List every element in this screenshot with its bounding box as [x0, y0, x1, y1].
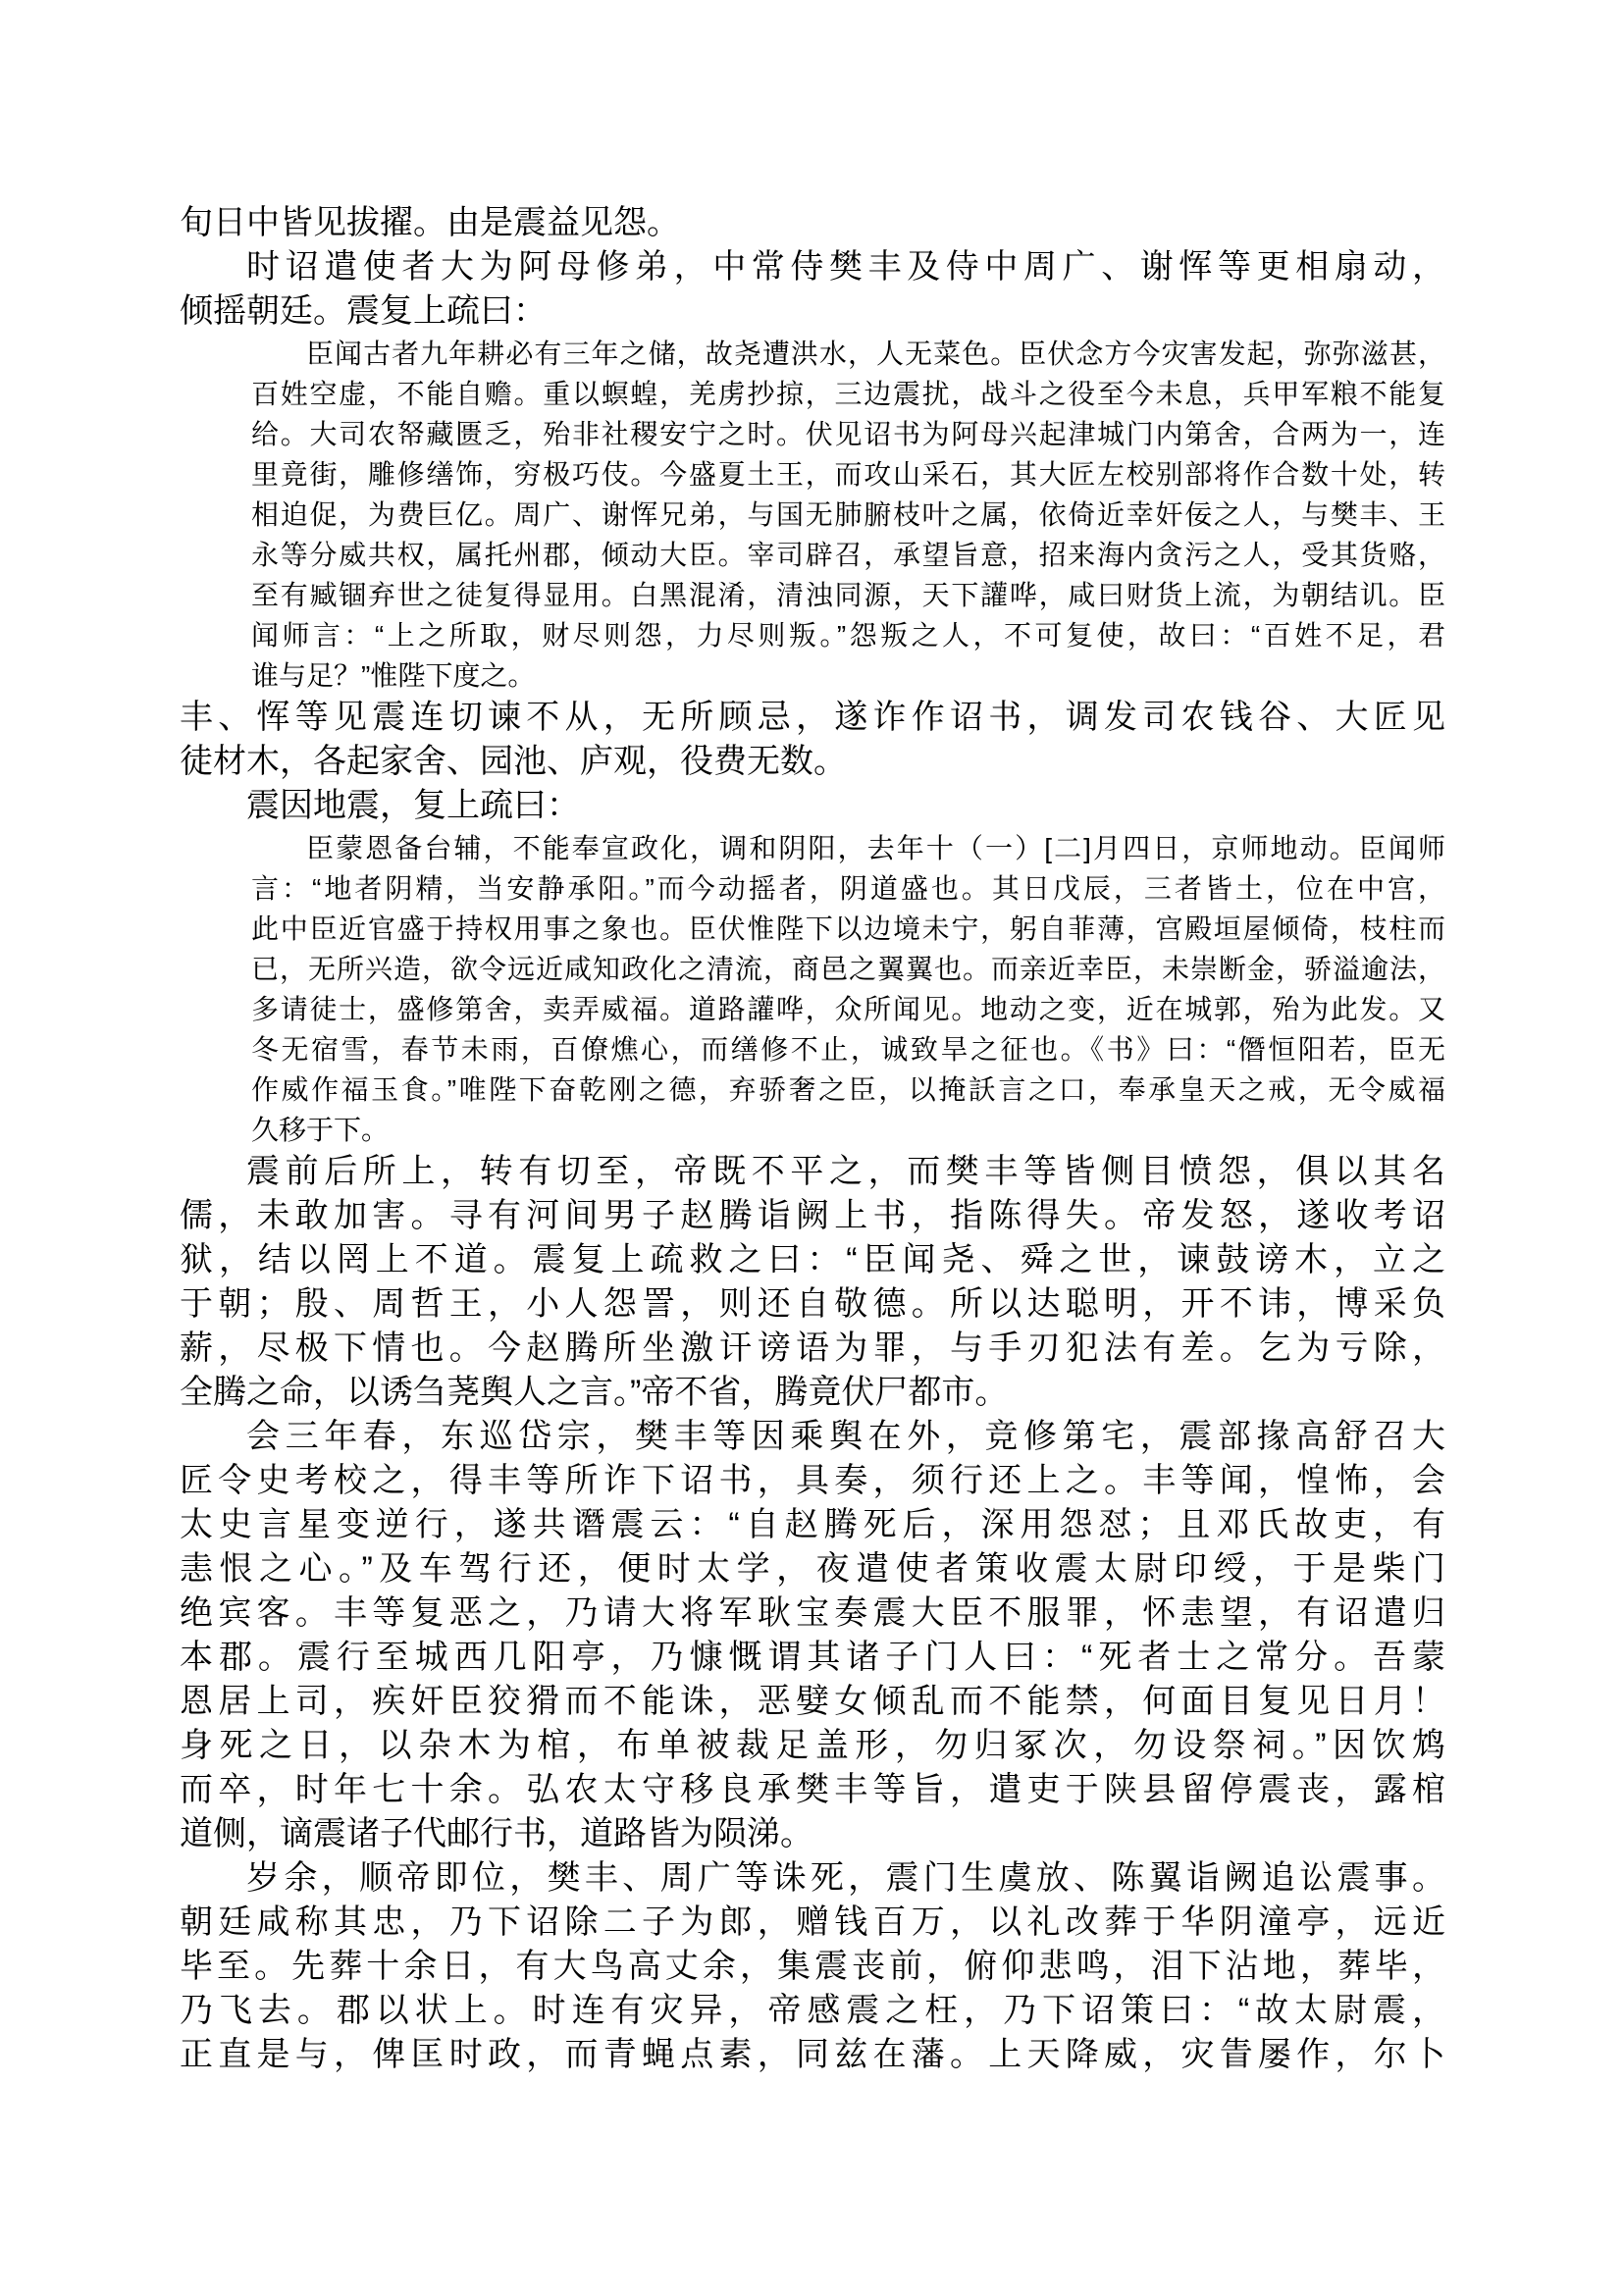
text-line: 薪，尽极下情也。今赵腾所坐激讦谤语为罪，与手刃犯法有差。乞为亏除，	[180, 1327, 1445, 1371]
text-line: 匠令史考校之，得丰等所诈下诏书，具奏，须行还上之。丰等闻，惶怖，会	[180, 1459, 1445, 1503]
paragraph: 旬日中皆见拔擢。由是震益见怨。	[180, 201, 1445, 245]
text-line: 臣蒙恩备台辅，不能奉宣政化，调和阴阳，去年十（一）[二]月四日，京师地动。臣闻师	[251, 828, 1445, 868]
text-line: 里竟街，雕修缮饰，穷极巧伎。今盛夏土王，而攻山采石，其大匠左校别部将作合数十处，…	[251, 454, 1445, 495]
text-line: 谁与足？”惟陛下度之。	[251, 655, 1445, 696]
paragraph: 岁余，顺帝即位，樊丰、周广等诛死，震门生虞放、陈翼诣阙追讼震事。朝廷咸称其忠，乃…	[180, 1856, 1445, 2077]
text-line: 徒材木，各起家舍、园池、庐观，役费无数。	[180, 740, 1445, 784]
text-line: 会三年春，东巡岱宗，樊丰等因乘舆在外，竞修第宅，震部掾高舒召大	[180, 1415, 1445, 1459]
text-line: 已，无所兴造，欲令远近咸知政化之清流，商邑之翼翼也。而亲近幸臣，未崇断金，骄溢逾…	[251, 949, 1445, 989]
document-page: 旬日中皆见拔擢。由是震益见怨。时诏遣使者大为阿母修弟，中常侍樊丰及侍中周广、谢恽…	[0, 0, 1624, 2294]
text-line: 恚恨之心。”及车驾行还，便时太学，夜遣使者策收震太尉印绶，于是柴门	[180, 1547, 1445, 1591]
text-line: 恩居上司，疾奸臣狡猾而不能诛，恶嬖女倾乱而不能禁，何面目复见日月！	[180, 1680, 1445, 1724]
block-quote: 臣蒙恩备台辅，不能奉宣政化，调和阴阳，去年十（一）[二]月四日，京师地动。臣闻师…	[251, 828, 1445, 1150]
text-line: 至有臧锢弃世之徒复得显用。白黑混淆，清浊同源，天下讙哗，咸曰财货上流，为朝结讥。…	[251, 575, 1445, 615]
text-line: 本郡。震行至城西几阳亭，乃慷慨谓其诸子门人曰：“死者士之常分。吾蒙	[180, 1636, 1445, 1680]
text-line: 给。大司农帑藏匮乏，殆非社稷安宁之时。伏见诏书为阿母兴起津城门内第舍，合两为一，…	[251, 414, 1445, 454]
text-line: 永等分威共权，属托州郡，倾动大臣。宰司辟召，承望旨意，招来海内贪污之人，受其货赂…	[251, 535, 1445, 575]
text-line: 岁余，顺帝即位，樊丰、周广等诛死，震门生虞放、陈翼诣阙追讼震事。	[180, 1856, 1445, 1901]
text-line: 此中臣近官盛于持权用事之象也。臣伏惟陛下以边境未宁，躬自菲薄，宫殿垣屋倾倚，枝柱…	[251, 909, 1445, 949]
text-line: 震因地震，复上疏曰：	[180, 784, 1445, 828]
text-line: 于朝；殷、周哲王，小人怨詈，则还自敬德。所以达聪明，开不讳，博采负	[180, 1282, 1445, 1327]
text-line: 臣闻古者九年耕必有三年之储，故尧遭洪水，人无菜色。臣伏念方今灾害发起，弥弥滋甚，	[251, 334, 1445, 374]
text-line: 旬日中皆见拔擢。由是震益见怨。	[180, 201, 1445, 245]
paragraph: 丰、恽等见震连切谏不从，无所顾忌，遂诈作诏书，调发司农钱谷、大匠见徒材木，各起家…	[180, 696, 1445, 784]
text-line: 冬无宿雪，春节未雨，百僚燋心，而缮修不止，诚致旱之征也。《书》曰：“僭恒阳若，臣…	[251, 1029, 1445, 1069]
text-line: 相迫促，为费巨亿。周广、谢恽兄弟，与国无肺腑枝叶之属，依倚近幸奸佞之人，与樊丰、…	[251, 495, 1445, 535]
text-line: 倾摇朝廷。震复上疏曰：	[180, 289, 1445, 334]
text-line: 朝廷咸称其忠，乃下诏除二子为郎，赠钱百万，以礼改葬于华阴潼亭，远近	[180, 1901, 1445, 1945]
paragraph: 时诏遣使者大为阿母修弟，中常侍樊丰及侍中周广、谢恽等更相扇动，倾摇朝廷。震复上疏…	[180, 245, 1445, 334]
text-line: 闻师言：“上之所取，财尽则怨，力尽则叛。”怨叛之人，不可复使，故曰：“百姓不足，…	[251, 615, 1445, 655]
paragraph: 震因地震，复上疏曰：	[180, 784, 1445, 828]
text-line: 身死之日，以杂木为棺，布单被裁足盖形，勿归冢次，勿设祭祠。”因饮鸩	[180, 1724, 1445, 1768]
document-body: 旬日中皆见拔擢。由是震益见怨。时诏遣使者大为阿母修弟，中常侍樊丰及侍中周广、谢恽…	[180, 201, 1445, 2077]
text-line: 时诏遣使者大为阿母修弟，中常侍樊丰及侍中周广、谢恽等更相扇动，	[180, 245, 1445, 289]
text-line: 狱，结以罔上不道。震复上疏救之曰：“臣闻尧、舜之世，谏鼓谤木，立之	[180, 1238, 1445, 1282]
paragraph: 震前后所上，转有切至，帝既不平之，而樊丰等皆侧目愤怨，俱以其名儒，未敢加害。寻有…	[180, 1150, 1445, 1415]
text-line: 道侧，谪震诸子代邮行书，道路皆为陨涕。	[180, 1812, 1445, 1856]
text-line: 绝宾客。丰等复恶之，乃请大将军耿宝奏震大臣不服罪，怀恚望，有诏遣归	[180, 1591, 1445, 1636]
text-line: 而卒，时年七十余。弘农太守移良承樊丰等旨，遣吏于陕县留停震丧，露棺	[180, 1768, 1445, 1812]
text-line: 正直是与，俾匡时政，而青蝇点素，同兹在藩。上天降威，灾眚屡作，尔卜	[180, 2033, 1445, 2077]
text-line: 作威作福玉食。”唯陛下奋乾刚之德，弃骄奢之臣，以掩訞言之口，奉承皇天之戒，无令威…	[251, 1069, 1445, 1110]
text-line: 太史言星变逆行，遂共谮震云：“自赵腾死后，深用怨怼；且邓氏故吏，有	[180, 1503, 1445, 1547]
text-line: 乃飞去。郡以状上。时连有灾异，帝感震之枉，乃下诏策曰：“故太尉震，	[180, 1989, 1445, 2033]
text-line: 丰、恽等见震连切谏不从，无所顾忌，遂诈作诏书，调发司农钱谷、大匠见	[180, 696, 1445, 740]
text-line: 震前后所上，转有切至，帝既不平之，而樊丰等皆侧目愤怨，俱以其名	[180, 1150, 1445, 1194]
text-line: 儒，未敢加害。寻有河间男子赵腾诣阙上书，指陈得失。帝发怒，遂收考诏	[180, 1194, 1445, 1238]
text-line: 久移于下。	[251, 1110, 1445, 1150]
text-line: 毕至。先葬十余日，有大鸟高丈余，集震丧前，俯仰悲鸣，泪下沾地，葬毕，	[180, 1945, 1445, 1989]
text-line: 多请徒士，盛修第舍，卖弄威福。道路讙哗，众所闻见。地动之变，近在城郭，殆为此发。…	[251, 989, 1445, 1029]
text-line: 全腾之命，以诱刍荛舆人之言。”帝不省，腾竟伏尸都市。	[180, 1371, 1445, 1415]
paragraph: 会三年春，东巡岱宗，樊丰等因乘舆在外，竞修第宅，震部掾高舒召大匠令史考校之，得丰…	[180, 1415, 1445, 1856]
text-line: 百姓空虚，不能自赡。重以螟蝗，羌虏抄掠，三边震扰，战斗之役至今未息，兵甲军粮不能…	[251, 374, 1445, 414]
block-quote: 臣闻古者九年耕必有三年之储，故尧遭洪水，人无菜色。臣伏念方今灾害发起，弥弥滋甚，…	[251, 334, 1445, 696]
text-line: 言：“地者阴精，当安静承阳。”而今动摇者，阴道盛也。其日戊辰，三者皆土，位在中宫…	[251, 868, 1445, 909]
